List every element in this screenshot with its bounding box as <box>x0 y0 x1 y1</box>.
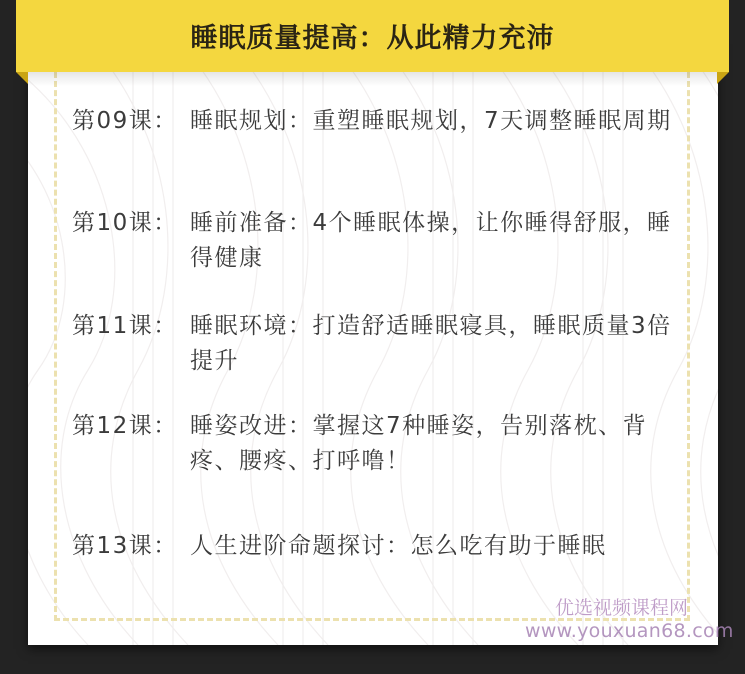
section-banner: 睡眠质量提高：从此精力充沛 <box>16 0 729 72</box>
lesson-item: 第11课： 睡眠环境：打造舒适睡眠寝具，睡眠质量3倍提升 <box>72 309 685 379</box>
lesson-item: 第12课： 睡姿改进：掌握这7种睡姿，告别落枕、背疼、腰疼、打呼噜！ <box>72 409 685 479</box>
watermark-site-url: www.youxuan68.com <box>525 620 734 642</box>
lesson-title: 睡姿改进：掌握这7种睡姿，告别落枕、背疼、腰疼、打呼噜！ <box>190 409 685 479</box>
lesson-title: 睡前准备：4个睡眠体操，让你睡得舒服，睡得健康 <box>190 206 685 276</box>
banner-fold-right <box>717 72 729 84</box>
lesson-number: 第09课： <box>72 104 190 139</box>
banner-fold-left <box>16 72 28 84</box>
watermark-site-name: 优选视频课程网 <box>555 593 688 620</box>
lesson-number: 第13课： <box>72 529 190 564</box>
lesson-number: 第12课： <box>72 409 190 479</box>
banner-shadow <box>28 72 718 86</box>
lesson-item: 第10课： 睡前准备：4个睡眠体操，让你睡得舒服，睡得健康 <box>72 206 685 276</box>
section-title: 睡眠质量提高：从此精力充沛 <box>191 16 555 55</box>
lesson-item: 第09课： 睡眠规划：重塑睡眠规划，7天调整睡眠周期 <box>72 104 685 139</box>
lesson-title: 睡眠规划：重塑睡眠规划，7天调整睡眠周期 <box>190 104 685 139</box>
lesson-item: 第13课： 人生进阶命题探讨：怎么吃有助于睡眠 <box>72 529 685 564</box>
lesson-title: 人生进阶命题探讨：怎么吃有助于睡眠 <box>190 529 685 564</box>
lesson-number: 第11课： <box>72 309 190 379</box>
lesson-title: 睡眠环境：打造舒适睡眠寝具，睡眠质量3倍提升 <box>190 309 685 379</box>
lesson-number: 第10课： <box>72 206 190 276</box>
